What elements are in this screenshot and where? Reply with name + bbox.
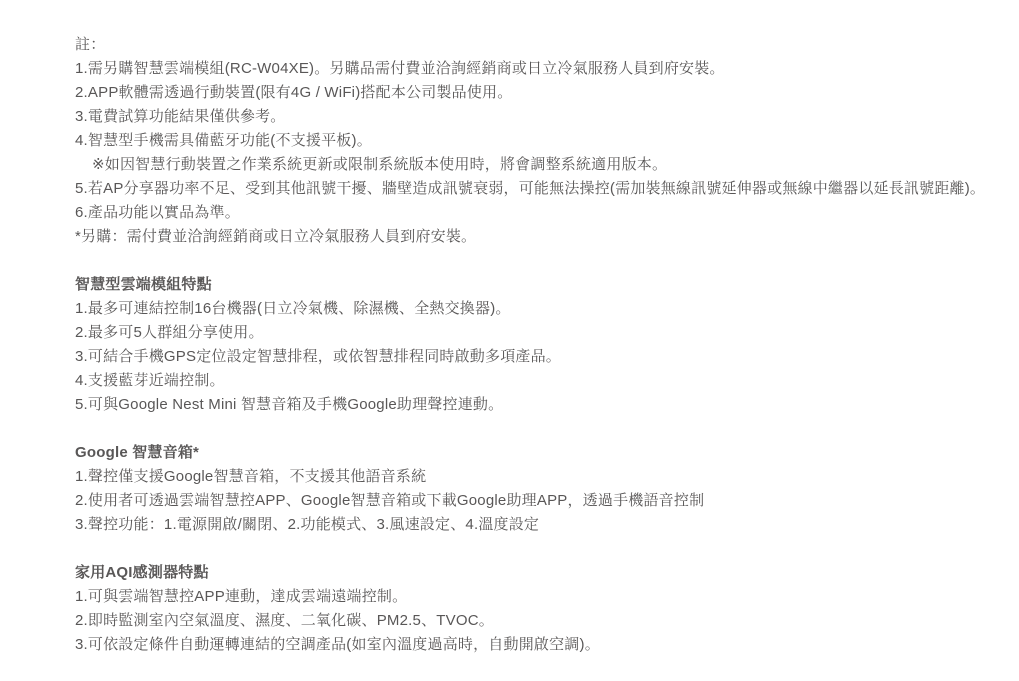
aqi-sensor-section: 家用AQI感測器特點 1.可與雲端智慧控APP連動，達成雲端遠端控制。 2.即時… — [75, 561, 979, 657]
google-speaker-line-2: 2.使用者可透過雲端智慧控APP、Google智慧音箱或下載Google助理AP… — [75, 489, 979, 513]
note-line-4: 4.智慧型手機需具備藍牙功能(不支援平板)。 — [75, 129, 979, 153]
google-speaker-line-3: 3.聲控功能：1.電源開啟/關閉、2.功能模式、3.風速設定、4.溫度設定 — [75, 513, 979, 537]
cloud-module-heading: 智慧型雲端模組特點 — [75, 273, 979, 297]
aqi-sensor-line-2: 2.即時監測室內空氣溫度、濕度、二氧化碳、PM2.5、TVOC。 — [75, 609, 979, 633]
note-line-3: 3.電費試算功能結果僅供參考。 — [75, 105, 979, 129]
note-line-4-remark: ※如因智慧行動裝置之作業系統更新或限制系統版本使用時，將會調整系統適用版本。 — [75, 153, 979, 177]
cloud-module-line-5: 5.可與Google Nest Mini 智慧音箱及手機Google助理聲控連動… — [75, 393, 979, 417]
aqi-sensor-line-3: 3.可依設定條件自動運轉連結的空調產品(如室內溫度過高時，自動開啟空調)。 — [75, 633, 979, 657]
cloud-module-line-3: 3.可結合手機GPS定位設定智慧排程，或依智慧排程同時啟動多項產品。 — [75, 345, 979, 369]
cloud-module-line-2: 2.最多可5人群組分享使用。 — [75, 321, 979, 345]
notes-section: 註： 1.需另購智慧雲端模組(RC-W04XE)。另購品需付費並洽詢經銷商或日立… — [75, 33, 979, 249]
aqi-sensor-heading: 家用AQI感測器特點 — [75, 561, 979, 585]
google-speaker-line-1: 1.聲控僅支援Google智慧音箱，不支援其他語音系統 — [75, 465, 979, 489]
note-line-1: 1.需另購智慧雲端模組(RC-W04XE)。另購品需付費並洽詢經銷商或日立冷氣服… — [75, 57, 979, 81]
note-line-6: 6.產品功能以實品為準。 — [75, 201, 979, 225]
cloud-module-line-4: 4.支援藍芽近端控制。 — [75, 369, 979, 393]
product-notes-document: 註： 1.需另購智慧雲端模組(RC-W04XE)。另購品需付費並洽詢經銷商或日立… — [0, 0, 1019, 657]
aqi-sensor-line-1: 1.可與雲端智慧控APP連動，達成雲端遠端控制。 — [75, 585, 979, 609]
note-purchase-remark: *另購：需付費並洽詢經銷商或日立冷氣服務人員到府安裝。 — [75, 225, 979, 249]
google-speaker-section: Google 智慧音箱* 1.聲控僅支援Google智慧音箱，不支援其他語音系統… — [75, 441, 979, 537]
notes-title: 註： — [75, 33, 979, 57]
cloud-module-line-1: 1.最多可連結控制16台機器(日立冷氣機、除濕機、全熱交換器)。 — [75, 297, 979, 321]
google-speaker-heading: Google 智慧音箱* — [75, 441, 979, 465]
note-line-5: 5.若AP分享器功率不足、受到其他訊號干擾、牆壁造成訊號衰弱，可能無法操控(需加… — [75, 177, 979, 201]
note-line-2: 2.APP軟體需透過行動裝置(限有4G / WiFi)搭配本公司製品使用。 — [75, 81, 979, 105]
cloud-module-section: 智慧型雲端模組特點 1.最多可連結控制16台機器(日立冷氣機、除濕機、全熱交換器… — [75, 273, 979, 417]
